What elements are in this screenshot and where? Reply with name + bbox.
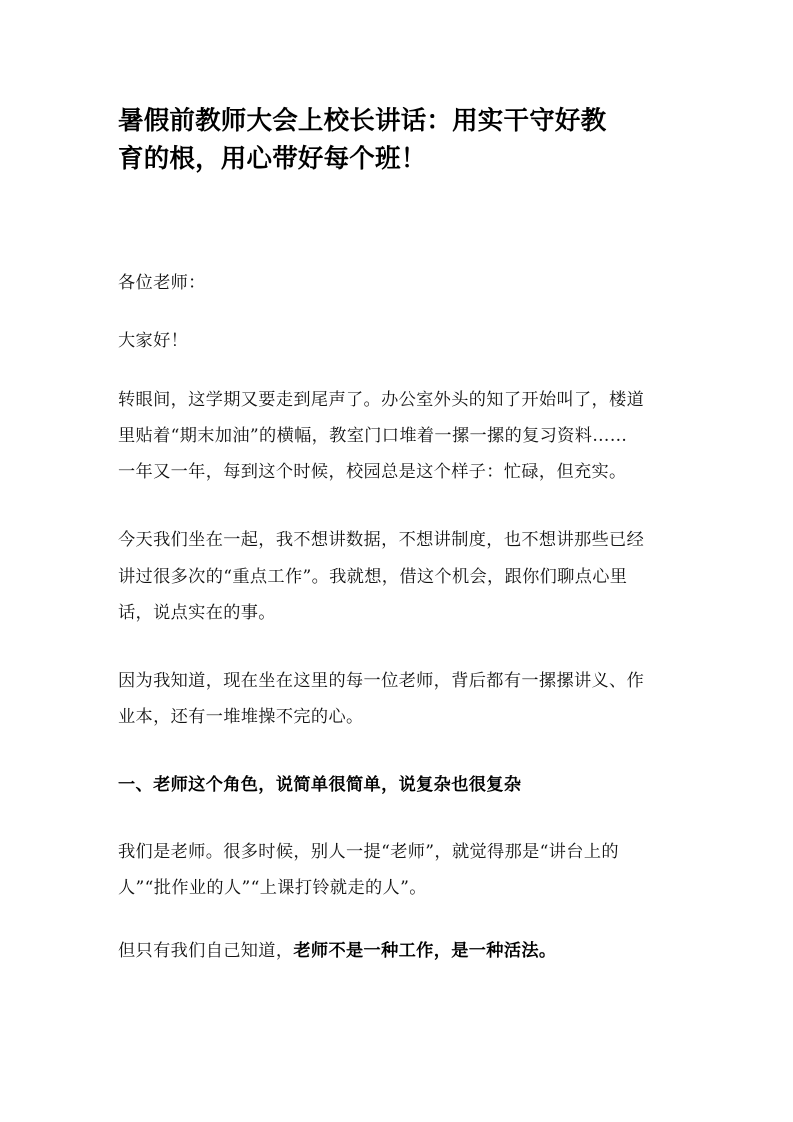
- document-title-line-2: 育的根，用心带好每个班！: [118, 144, 426, 174]
- paragraph-2-line-1: 今天我们坐在一起，我不想讲数据，不想讲制度，也不想讲那些已经: [118, 529, 644, 551]
- paragraph-1-line-3: 一年又一年，每到这个时候，校园总是这个样子：忙碌，但充实。: [118, 461, 627, 483]
- document-title-line-1: 暑假前教师大会上校长讲话：用实干守好教: [118, 106, 606, 136]
- section-paragraph-2-emphasis: 老师不是一种工作，是一种活法。: [293, 941, 556, 961]
- paragraph-1-line-2: 里贴着“期末加油”的横幅，教室门口堆着一摞一摞的复习资料……: [118, 425, 627, 447]
- paragraph-3-line-2: 业本，还有一堆堆操不完的心。: [118, 706, 364, 728]
- greeting: 大家好！: [118, 330, 188, 352]
- paragraph-1-line-1: 转眼间，这学期又要走到尾声了。办公室外头的知了开始叫了，楼道: [118, 389, 644, 411]
- section-paragraph-1-line-1: 我们是老师。很多时候，别人一提“老师”，就觉得那是“讲台上的: [118, 841, 619, 863]
- paragraph-3-line-1: 因为我知道，现在坐在这里的每一位老师，背后都有一摞摞讲义、作: [118, 670, 644, 692]
- section-paragraph-2: 但只有我们自己知道，老师不是一种工作，是一种活法。: [118, 940, 556, 962]
- paragraph-2-line-2: 讲过很多次的“重点工作”。我就想，借这个机会，跟你们聊点心里: [118, 566, 627, 588]
- section-heading-1: 一、老师这个角色，说简单很简单，说复杂也很复杂: [118, 774, 521, 796]
- paragraph-2-line-3: 话，说点实在的事。: [118, 602, 276, 624]
- section-paragraph-2-plain: 但只有我们自己知道，: [118, 941, 293, 961]
- section-paragraph-1-line-2: 人”“批作业的人”“上课打铃就走的人”。: [118, 877, 427, 899]
- salutation: 各位老师：: [118, 272, 206, 294]
